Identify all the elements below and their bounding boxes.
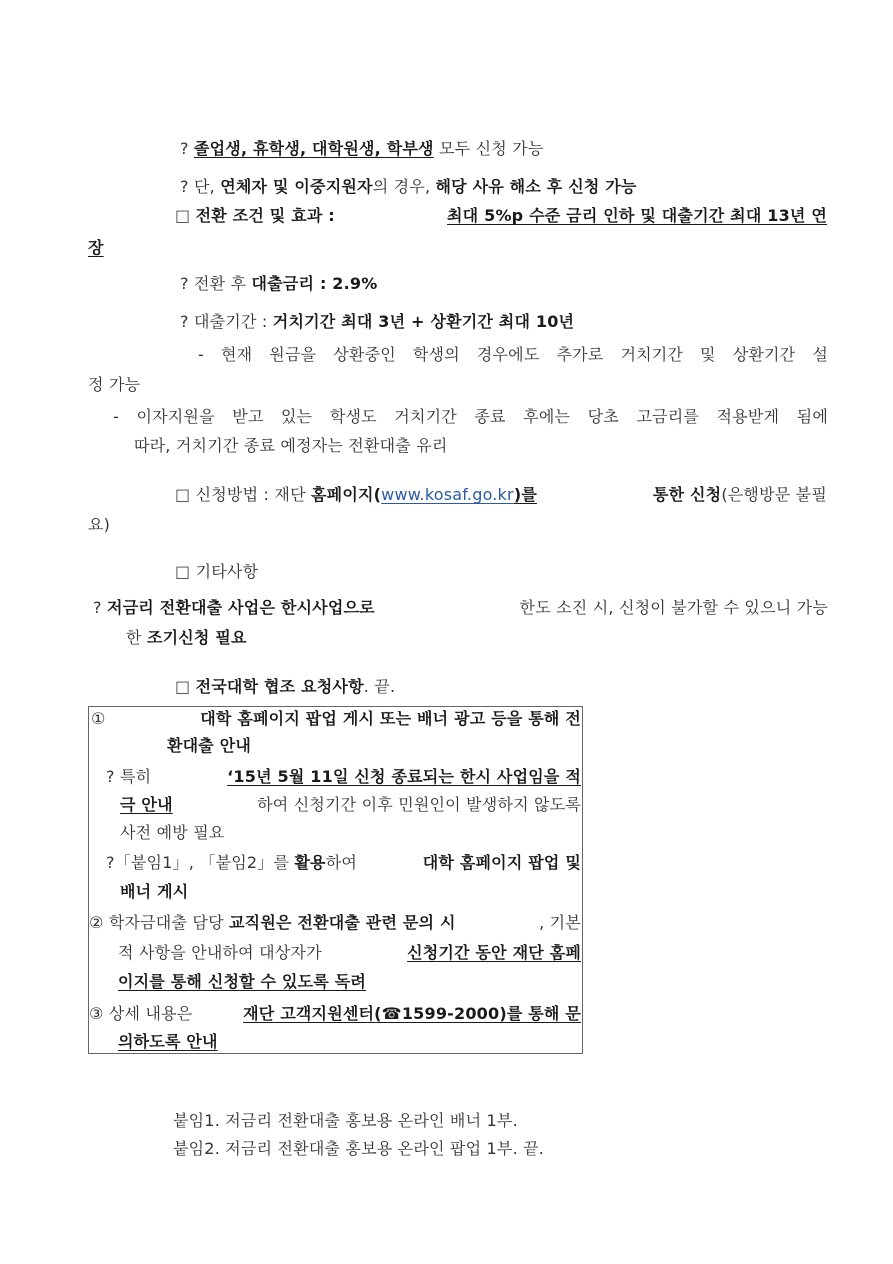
note-1-line-1: - 현재 원금을 상환중인 학생의 경우에도 추가로 거치기간 및 상환기간 설 — [198, 345, 828, 365]
text: , 기본 — [539, 913, 581, 933]
note-2-line-2: 따라, 거치기간 종료 예정자는 전환대출 유리 — [134, 436, 448, 456]
bullet-icon: ? — [180, 312, 189, 331]
request-heading: □ 전국대학 협조 요청사항. 끝. — [175, 677, 395, 697]
box-item-3-line-2: 의하도록 안내 — [118, 1032, 218, 1052]
text: 적 사항을 안내하여 대상자가 — [118, 943, 322, 963]
request-label: 전국대학 협조 요청사항 — [196, 677, 364, 696]
text: 한 — [126, 628, 147, 647]
circled-number-3: ③ — [89, 1004, 104, 1023]
text: 전환 후 — [194, 274, 252, 293]
note-2-line-1: - 이자지원을 받고 있는 학생도 거치기간 종료 후에는 당초 고금리를 적용… — [113, 407, 828, 427]
text: 한도 소진 시, 신청이 불가할 수 있으니 가능 — [520, 598, 828, 618]
eligibility-text: 모두 신청 가능 — [434, 139, 544, 158]
bullet-icon: ? — [180, 274, 189, 293]
text: )를 — [514, 485, 537, 504]
box-item-1-line-1: ① 대학 홈페이지 팝업 게시 또는 배너 광고 등을 통해 전 — [91, 709, 581, 729]
box-item-1-sub-2-line-1: ?「붙임1」, 「붙임2」를 활용하여 대학 홈페이지 팝업 및 — [106, 853, 581, 873]
kosaf-link[interactable]: www.kosaf.go.kr — [381, 485, 514, 504]
text: 하여 신청기간 이후 민원인이 발생하지 않도록 — [257, 795, 581, 815]
text: 극 안내 — [120, 795, 173, 815]
note-1-line-2: 정 가능 — [88, 375, 140, 395]
method-wrap: 요) — [88, 515, 110, 535]
conditions-highlight: 최대 5%p 수준 금리 인하 및 대출기간 최대 13년 연 — [447, 206, 827, 226]
support-center: 재단 고객지원센터(☎1599-2000)를 통해 문 — [243, 1004, 581, 1024]
eligibility-line-2: ? 단, 연체자 및 이중지원자의 경우, 해당 사유 해소 후 신청 가능 — [180, 177, 637, 197]
attachment-1: 붙임1. 저금리 전환대출 홍보용 온라인 배너 1부. — [173, 1111, 518, 1131]
box-item-3-line-1: ③ 상세 내용은 재단 고객지원센터(☎1599-2000)를 통해 문 — [89, 1004, 581, 1024]
text: 학자금대출 담당 — [109, 913, 229, 932]
text: 대학 홈페이지 팝업 게시 또는 배너 광고 등을 통해 전 — [200, 709, 581, 729]
other-line-1: ? 저금리 전환대출 사업은 한시사업으로 한도 소진 시, 신청이 불가할 수… — [93, 598, 828, 618]
text: 단, — [194, 177, 220, 196]
box-item-1-sub-1-line-1: ? 특히 ‘15년 5월 11일 신청 종료되는 한시 사업임을 적 — [106, 767, 581, 787]
loan-period: 거치기간 최대 3년 + 상환기간 최대 10년 — [273, 312, 574, 331]
checkbox-icon: □ — [175, 206, 190, 225]
text: 활용 — [294, 853, 325, 872]
checkbox-icon: □ — [175, 677, 190, 696]
box-item-2-line-3: 이지를 통해 신청할 수 있도록 독려 — [118, 972, 366, 992]
box-item-2-line-2: 적 사항을 안내하여 대상자가 신청기간 동안 재단 홈페 — [118, 943, 581, 963]
box-item-2-line-1: ② 학자금대출 담당 교직원은 전환대출 관련 문의 시 , 기본 — [89, 913, 581, 933]
text: 「붙임1」, 「붙임2」를 — [115, 853, 295, 872]
eligible-groups: 졸업생, 휴학생, 대학원생, 학부생 — [194, 139, 434, 158]
bullet-icon: ? — [93, 598, 102, 617]
checkbox-icon: □ — [175, 485, 190, 504]
other-line-2: 한 조기신청 필요 — [126, 628, 247, 648]
conditions-heading: □ 전환 조건 및 효과 : 최대 5%p 수준 금리 인하 및 대출기간 최대… — [175, 206, 827, 226]
bullet-icon: ? — [106, 853, 115, 872]
bullet-icon: ? — [180, 177, 189, 196]
text: 상세 내용은 — [109, 1004, 193, 1023]
box-item-1-sub-1-line-2: 극 안내 하여 신청기간 이후 민원인이 발생하지 않도록 — [120, 795, 581, 815]
bullet-icon: ? — [180, 139, 189, 158]
period-line: ? 대출기간 : 거치기간 최대 3년 + 상환기간 최대 10년 — [180, 312, 574, 332]
rate-line: ? 전환 후 대출금리 : 2.9% — [180, 274, 378, 294]
excluded-groups: 연체자 및 이중지원자 — [220, 177, 372, 196]
text: (은행방문 불필 — [721, 485, 827, 504]
box-item-1-line-2: 환대출 안내 — [167, 736, 251, 756]
checkbox-icon: □ — [175, 562, 190, 581]
text: 홈페이지( — [311, 485, 381, 504]
bullet-icon: ? — [106, 767, 115, 786]
circled-number-2: ② — [89, 913, 104, 932]
text: 대학 홈페이지 팝업 및 — [423, 853, 581, 873]
text: 특히 — [120, 767, 151, 786]
deadline-notice: ‘15년 5월 11일 신청 종료되는 한시 사업임을 적 — [227, 767, 581, 787]
text: 의 경우, — [373, 177, 436, 196]
text: . 끝. — [364, 677, 396, 696]
circled-number-1: ① — [91, 709, 106, 729]
method-line: □ 신청방법 : 재단 홈페이지(www.kosaf.go.kr)를 통한 신청… — [175, 485, 827, 505]
text: 신청기간 동안 재단 홈페 — [407, 943, 581, 963]
condition-text: 해당 사유 해소 후 신청 가능 — [436, 177, 637, 196]
text: 저금리 전환대출 사업은 한시사업으로 — [107, 598, 375, 617]
other-label: 기타사항 — [196, 562, 259, 581]
conditions-label: 전환 조건 및 효과 : — [196, 206, 335, 225]
text: 통한 신청 — [653, 485, 721, 504]
loan-rate: 대출금리 : 2.9% — [252, 274, 378, 293]
text: 교직원은 전환대출 관련 문의 시 — [229, 913, 456, 932]
text: 조기신청 필요 — [147, 628, 247, 647]
text: 하여 — [326, 853, 357, 872]
request-box — [88, 706, 583, 1054]
other-heading: □ 기타사항 — [175, 562, 258, 582]
text: 대출기간 : — [194, 312, 273, 331]
method-label: 신청방법 : 재단 — [196, 485, 311, 504]
box-item-1-sub-2-line-2: 배너 게시 — [120, 882, 188, 902]
attachment-2: 붙임2. 저금리 전환대출 홍보용 온라인 팝업 1부. 끝. — [173, 1139, 544, 1159]
box-item-1-sub-1-line-3: 사전 예방 필요 — [120, 823, 225, 843]
eligibility-line-1: ? 졸업생, 휴학생, 대학원생, 학부생 모두 신청 가능 — [180, 139, 543, 159]
conditions-wrap: 장 — [88, 238, 104, 258]
